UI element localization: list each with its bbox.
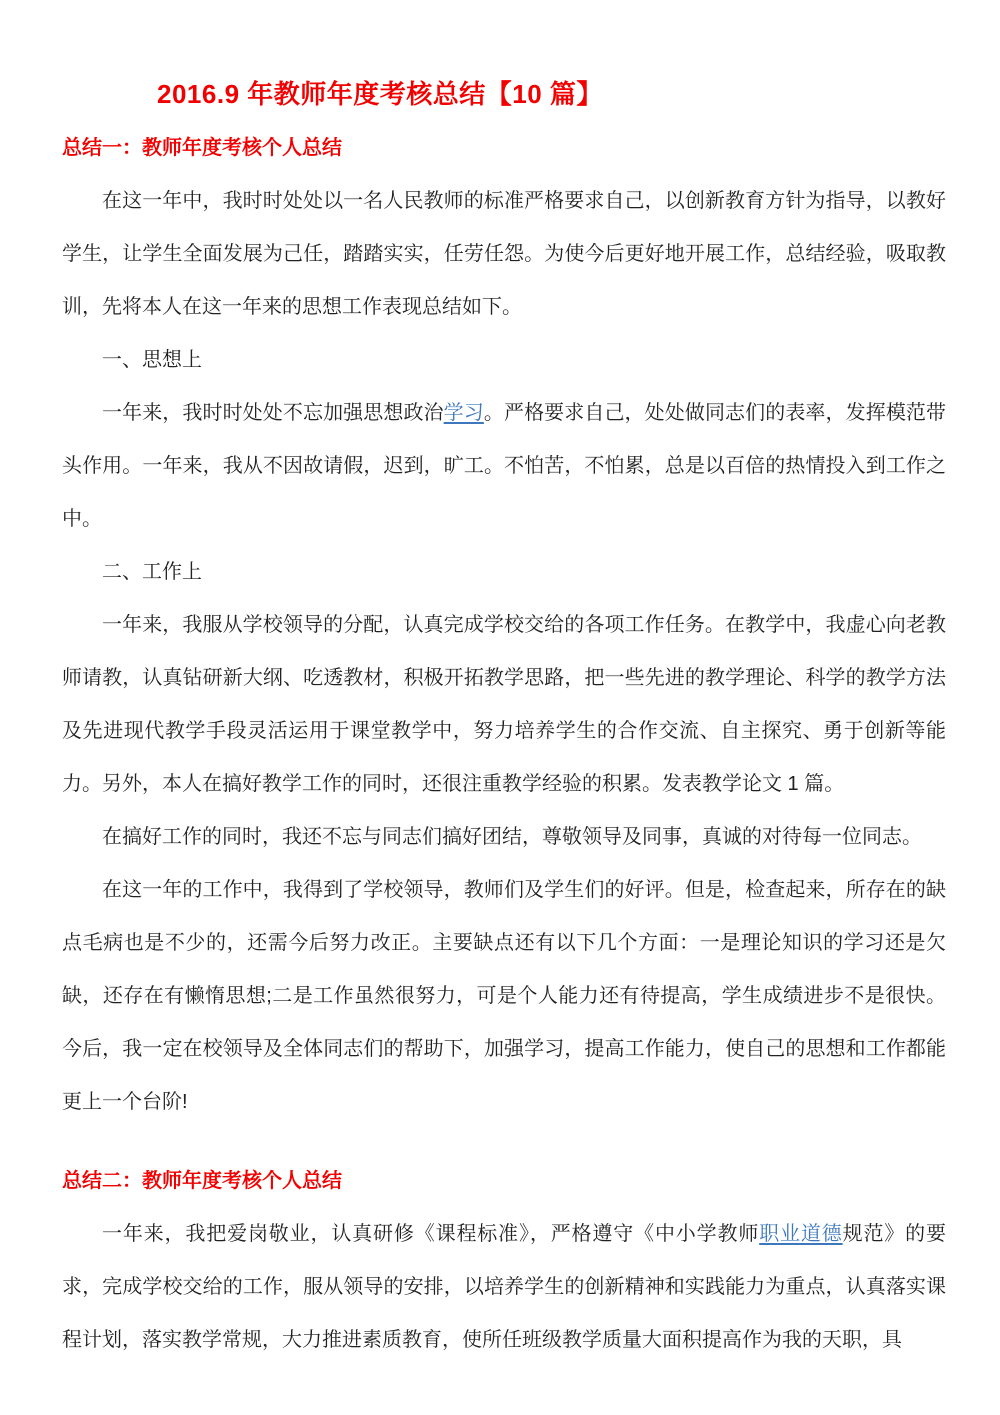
paragraph: 一年来，我时时处处不忘加强思想政治学习。严格要求自己，处处做同志们的表率，发挥模… [62,387,946,546]
text-run: 在搞好工作的同时，我还不忘与同志们搞好团结，尊敬领导及同事，真诚的对待每一位同志… [102,826,922,848]
text-run: 一年来，我时时处处不忘加强思想政治 [102,402,444,424]
document-body: 总结一：教师年度考核个人总结在这一年中，我时时处处以一名人民教师的标准严格要求自… [62,122,946,1367]
paragraph: 在这一年的工作中，我得到了学校领导，教师们及学生们的好评。但是，检查起来，所存在… [62,864,946,1129]
text-run: 在这一年的工作中，我得到了学校领导，教师们及学生们的好评。但是，检查起来，所存在… [62,879,946,1113]
summary-section: 总结一：教师年度考核个人总结在这一年中，我时时处处以一名人民教师的标准严格要求自… [62,122,946,1129]
document-title: 2016.9 年教师年度考核总结【10 篇】 [157,78,946,111]
text-run: 一年来，我服从学校领导的分配，认真完成学校交给的各项工作任务。在教学中，我虚心向… [62,614,946,795]
inline-hyperlink[interactable]: 学习 [444,402,484,424]
paragraph: 在搞好工作的同时，我还不忘与同志们搞好团结，尊敬领导及同事，真诚的对待每一位同志… [62,811,946,864]
text-run: 一年来，我把爱岗敬业，认真研修《课程标准》，严格遵守《中小学教师 [102,1223,759,1245]
paragraph: 一年来，我把爱岗敬业，认真研修《课程标准》，严格遵守《中小学教师职业道德规范》的… [62,1208,946,1367]
inline-hyperlink[interactable]: 职业道德 [759,1223,842,1245]
paragraph: 一年来，我服从学校领导的分配，认真完成学校交给的各项工作任务。在教学中，我虚心向… [62,599,946,811]
text-run: 一、思想上 [102,349,202,371]
paragraph: 一、思想上 [62,334,946,387]
paragraph: 二、工作上 [62,546,946,599]
section-heading: 总结二：教师年度考核个人总结 [62,1155,946,1208]
summary-section: 总结二：教师年度考核个人总结一年来，我把爱岗敬业，认真研修《课程标准》，严格遵守… [62,1155,946,1367]
document-page: 2016.9 年教师年度考核总结【10 篇】 总结一：教师年度考核个人总结在这一… [0,0,1000,1415]
paragraph: 在这一年中，我时时处处以一名人民教师的标准严格要求自己，以创新教育方针为指导，以… [62,175,946,334]
text-run: 在这一年中，我时时处处以一名人民教师的标准严格要求自己，以创新教育方针为指导，以… [62,190,946,318]
text-run: 二、工作上 [102,561,202,583]
section-heading: 总结一：教师年度考核个人总结 [62,122,946,175]
